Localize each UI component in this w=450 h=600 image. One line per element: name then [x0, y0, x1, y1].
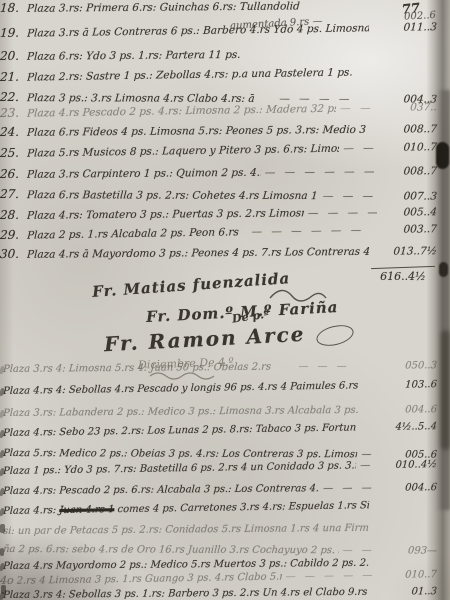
entry-amount: 011..3	[377, 22, 450, 35]
ledger-row: 29. Plaza 2 ps. 1.rs Alcabala 2 ps. Peon…	[0, 222, 450, 243]
ledger-row: Plaza 4.rs: Sebo 23 ps. 2.rs: Los Lunas …	[0, 421, 450, 439]
entry-amount	[377, 8, 450, 9]
entry-text: Plaza 3.rs: Labandera 2 ps.: Medico 3 ps…	[3, 405, 359, 419]
dash-leader: — — — — — —	[260, 167, 377, 180]
dash-leader: — —	[339, 143, 377, 155]
entry-text: Plaza 4.rs: Sebo 23 ps. 2.rs: Los Lunas …	[3, 422, 357, 439]
manuscript-page: 77 aumentada 9.rs — 002..6 18. Plaza 3.r…	[0, 0, 450, 600]
entry-text: ña 2 ps. 6.rs: sebo 4.rs de Oro 16.rs Ju…	[3, 544, 339, 556]
ledger-row: Plaza 4.rs 4: Sebollas 4.rs Pescado y lo…	[0, 379, 450, 397]
ledger-row: 27. Plaza 6.rs Bastetilla 3 ps. 2.rs: Co…	[0, 188, 450, 203]
ink-blob	[439, 262, 448, 277]
dash-leader: — — — — — —	[238, 225, 377, 239]
line-number: 21.	[0, 71, 27, 85]
ledger-row: Plaza 5.rs: Medico 2 ps.: Obeias 3 ps. 4…	[0, 448, 450, 461]
signature-fuenzalida: Fr. Matias fuenzalida	[92, 269, 291, 301]
entry-text: si: un par de Petacas 5 ps. 2.rs: Conida…	[3, 523, 370, 537]
entry-text: Plaza 4.rs: Tomatero 3 ps.: Puertas 3 ps…	[27, 208, 305, 222]
entry-text: Plaza 3.rs ā Los Contreras 6 ps.: Barber…	[27, 23, 370, 40]
entry-text: Plaza 3.rs: Primera 6.rs: Guinchas 6.rs:…	[27, 1, 301, 15]
dash-leader	[240, 57, 376, 58]
dash-leader: — — —	[319, 483, 377, 495]
dash-leader: — —	[338, 545, 377, 556]
ledger-row: Plaza 3.rs 4: Limosna 5.rs 4: Juan 50 ps…	[0, 360, 450, 375]
entry-text: Plaza 2 ps. 1.rs Alcabala 2 ps. Peon 6.r…	[27, 227, 239, 242]
entry-text: Plaza 4.rs: Juan 4.rs 1 comes 4 ps. Carr…	[3, 500, 370, 517]
entry-text: Plaza 1 ps.: Ydo 3 ps. 7.rs: Bastetilla …	[3, 460, 357, 477]
dash-leader: — — — —	[304, 208, 378, 220]
line-number: 23.	[0, 107, 27, 121]
ledger-row: 19. Plaza 3.rs ā Los Contreras 6 ps.: Ba…	[0, 20, 450, 41]
dash-leader: —	[356, 460, 377, 471]
line-number: 19.	[0, 27, 27, 41]
signature-arce: Fr. Ramon Arce	[104, 322, 306, 357]
line-number: 18.	[0, 2, 27, 15]
dash-leader: — — —	[271, 361, 378, 373]
ledger-row: 20. Plaza 6.rs: Ydo 3 ps. 1.rs: Partera …	[0, 46, 450, 63]
line-number: 27.	[0, 188, 27, 201]
margin-mark	[1, 585, 6, 594]
ledger-row: 30. Plaza 4.rs ā Mayordomo 3 ps.: Peones…	[0, 244, 450, 261]
strike-text: Juan 4.rs 1	[59, 504, 115, 516]
line-number: 24.	[0, 126, 27, 139]
entry-text: 2.rs 4 Limosna 3 ps. 1.rs Guango 3 ps. 4…	[16, 572, 282, 587]
ledger-row: Plaza 3.rs 4: Sebollas 3 ps. 1.rs: Barbe…	[0, 586, 450, 600]
entry-text: Plaza 5.rs Musicos 8 ps.: Laquero y Pite…	[27, 144, 340, 160]
line-number: 20.	[0, 50, 27, 63]
total-rule	[371, 266, 435, 269]
ink-blob	[441, 330, 450, 450]
line-number: 30.	[0, 248, 27, 261]
ledger-row: 24. Plaza 6.rs Fideos 4 ps. Limosna 5.rs…	[0, 122, 450, 139]
entry-text: Plaza 3.rs 4: Sebollas 3 ps. 1.rs: Barbe…	[3, 587, 368, 600]
dash-leader: —	[357, 449, 377, 460]
total-amount: 616..4½	[371, 270, 435, 283]
ledger-row: Plaza 3.rs: Labandera 2 ps.: Medico 3 ps…	[0, 404, 450, 419]
ledger-row: 25. Plaza 5.rs Musicos 8 ps.: Laquero y …	[0, 140, 450, 161]
entry-text: Plaza 6.rs Bastetilla 3 ps. 2.rs: Cohete…	[27, 190, 320, 203]
entry-amount: 01..3	[377, 586, 450, 598]
entry-text: Plaza 5.rs: Medico 2 ps.: Obeias 3 ps. 4…	[3, 448, 358, 460]
ledger-row: 21. Plaza 2.rs: Sastre 1 ps.: Zebollas 4…	[0, 64, 450, 85]
entry-amount	[377, 56, 450, 57]
ledger-row: Plaza 1 ps.: Ydo 3 ps. 7.rs: Bastetilla …	[0, 459, 450, 477]
entry-text: Plaza 4.rs Pescado 2 ps. 4.rs: Limosna 2…	[27, 104, 337, 120]
rubric-oval-icon	[314, 322, 355, 350]
line-number: 22.	[0, 91, 27, 104]
entry-text: Plaza 6.rs: Ydo 3 ps. 1.rs: Partera 11 p…	[27, 50, 241, 63]
entry-text: Plaza 2.rs: Sastre 1 ps.: Zebollas 4.rs:…	[27, 67, 353, 84]
entry-text: Plaza 6.rs Fideos 4 ps. Limosna 5.rs: Pe…	[27, 125, 370, 140]
ledger-row: 26. Plaza 3.rs Carpintero 1 ps.: Quimon …	[0, 164, 450, 181]
entry-text: Plaza 3.rs Carpintero 1 ps.: Quimon 2 ps…	[27, 168, 261, 182]
ledger-row: Plaza 4.rs: Juan 4.rs 1 comes 4 ps. Carr…	[0, 499, 450, 517]
margin-mark	[0, 524, 5, 533]
ledger-row: si: un par de Petacas 5 ps. 2.rs: Conida…	[0, 522, 450, 537]
ledger-row: ña 2 ps. 6.rs: sebo 4.rs de Oro 16.rs Ju…	[0, 544, 450, 557]
entry-text: Plaza 4.rs ā Mayordomo 3 ps.: Peones 4 p…	[27, 247, 370, 262]
dash-leader: — —	[336, 103, 377, 115]
ledger-row: 28. Plaza 4.rs: Tomatero 3 ps.: Puertas …	[0, 205, 450, 222]
margin-mark	[0, 548, 4, 556]
dash-leader: — — — — —	[281, 570, 377, 583]
ledger-row: Plaza 4.rs: Pescado 2 ps. 6.rs: Alcabala…	[0, 482, 450, 497]
entry-amount	[377, 565, 450, 566]
dash-leader	[300, 9, 377, 10]
entry-text: Plaza 3.rs 4: Limosna 5.rs 4: Juan 50 ps…	[3, 362, 272, 375]
line-number: 26.	[0, 168, 27, 181]
line-number: 29.	[0, 229, 27, 243]
entry-amount	[377, 74, 450, 75]
line-number: 28.	[0, 209, 27, 222]
entry-text: Plaza 4.rs 4: Sebollas 4.rs Pescado y lo…	[3, 380, 359, 397]
entry-amount: 093—	[377, 545, 450, 556]
ink-blob	[436, 142, 449, 169]
entry-text: Plaza 4.rs: Pescado 2 ps. 6.rs: Alcabala…	[3, 483, 320, 497]
entry-amount: 010..7	[377, 569, 450, 581]
line-number: 25.	[0, 147, 27, 161]
entry-amount	[377, 530, 450, 531]
dash-leader: — — —	[318, 191, 377, 203]
